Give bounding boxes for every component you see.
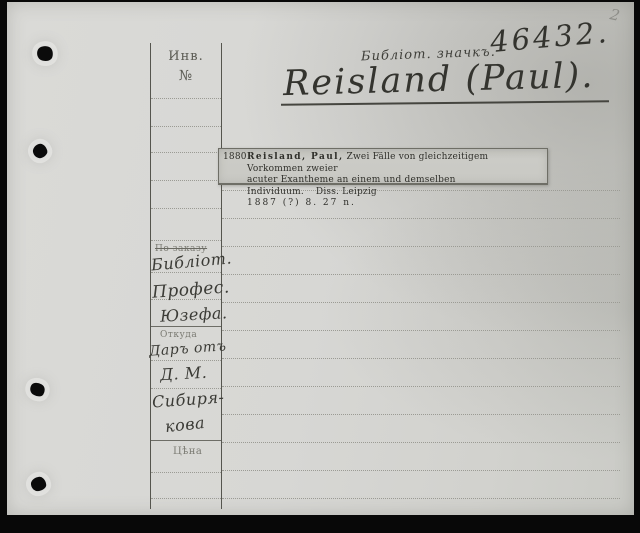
main-rule-line	[222, 414, 620, 415]
handwritten-origin-entry: Сибиря-	[151, 387, 225, 411]
corner-page-number: 2	[608, 5, 621, 25]
slip-line1: Reisland, Paul, Zwei Fälle von gleichzei…	[247, 152, 488, 174]
column-rule-line	[151, 126, 221, 127]
slip-year: 1880	[223, 152, 247, 164]
main-rule-line	[222, 358, 620, 359]
main-rule-line	[222, 470, 620, 471]
column-rule-line	[151, 98, 221, 99]
main-rule-line	[222, 442, 620, 443]
slip-author: Reisland, Paul,	[247, 152, 344, 162]
column-rule-line	[151, 240, 221, 241]
column-rule-line	[151, 498, 221, 499]
main-rule-line	[222, 302, 620, 303]
main-rule-line	[222, 330, 620, 331]
punch-hole	[35, 44, 54, 62]
inventory-header: Инв.	[151, 49, 221, 64]
handwritten-origin-entry: Д. М.	[160, 363, 208, 384]
catalog-card-paper: 2 Инв. № По заказу Библіот. Профес. Юзеф…	[7, 2, 634, 515]
column-border-right	[221, 43, 222, 509]
price-label: Цѣна	[173, 446, 202, 457]
column-rule-line	[151, 152, 221, 153]
handwritten-origin-entry: Даръ отъ	[149, 338, 227, 359]
main-rule-line	[222, 274, 620, 275]
handwritten-origin-entry: кова	[164, 413, 206, 436]
punch-hole	[31, 142, 49, 160]
column-rule-line	[151, 440, 221, 441]
main-rule-line	[222, 386, 620, 387]
slip-line3: 1887 (?) 8. 27 n.	[247, 198, 356, 208]
column-rule-line	[151, 326, 221, 327]
handwritten-order-entry: Юзефа.	[160, 303, 228, 326]
column-rule-line	[151, 208, 221, 209]
slip-line2: acuter Exantheme an einem und demselben …	[247, 175, 456, 197]
origin-label: Откуда	[160, 330, 197, 340]
column-rule-line	[151, 472, 221, 473]
scanned-catalog-card: { "page": { "corner_number": "2" }, "car…	[0, 0, 640, 533]
main-rule-line	[222, 246, 620, 247]
column-rule-line	[151, 180, 221, 181]
inventory-number-sign: №	[151, 68, 221, 84]
main-rule-line	[222, 218, 620, 219]
handwritten-inventory-number: 46432.	[489, 15, 611, 59]
pasted-bibliography-slip: 1880 Reisland, Paul, Zwei Fälle von glei…	[218, 148, 548, 185]
handwritten-title: Reisland (Paul).	[283, 56, 595, 104]
column-rule-line	[151, 360, 221, 361]
main-rule-line	[222, 498, 620, 499]
slip-dissertation-note: Diss. Leipzig	[316, 187, 377, 197]
punch-hole	[28, 380, 47, 399]
punch-hole	[30, 476, 47, 492]
